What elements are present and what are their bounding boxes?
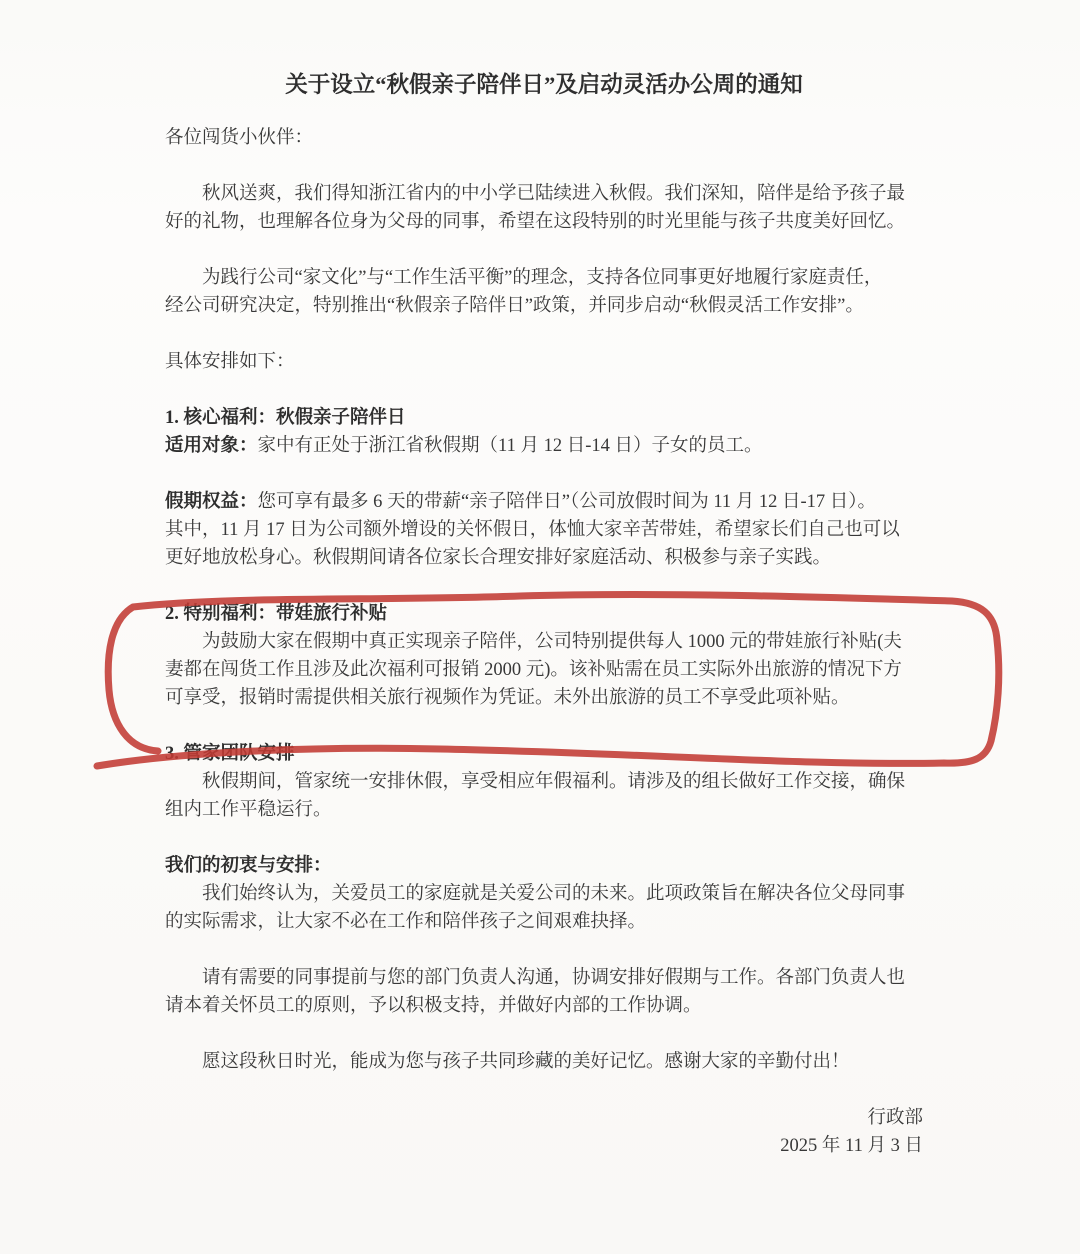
salutation-line: 各位闯货小伙伴： <box>165 124 923 152</box>
document-blocks: 秋风送爽，我们得知浙江省内的中小学已陆续进入秋假。我们深知，陪伴是给予孩子最好的… <box>165 180 923 1076</box>
doc-line: 假期权益：您可享有最多 6 天的带薪“亲子陪伴日”（公司放假时间为 11 月 1… <box>165 488 923 516</box>
doc-line: 适用对象：家中有正处于浙江省秋假期（11 月 12 日-14 日）子女的员工。 <box>165 432 923 460</box>
doc-line: 可享受，报销时需提供相关旅行视频作为凭证。未外出旅游的员工不享受此项补贴。 <box>165 684 923 712</box>
section-3-housekeeper-team: 3. 管家团队安排 秋假期间，管家统一安排休假，享受相应年假福利。请涉及的组长做… <box>165 740 923 824</box>
doc-line: 秋风送爽，我们得知浙江省内的中小学已陆续进入秋假。我们深知，陪伴是给予孩子最 <box>165 180 923 208</box>
doc-line: 为践行公司“家文化”与“工作生活平衡”的理念，支持各位同事更好地履行家庭责任， <box>165 264 923 292</box>
doc-line: 为鼓励大家在假期中真正实现亲子陪伴，公司特别提供每人 1000 元的带娃旅行补贴… <box>165 628 923 656</box>
doc-line: 组内工作平稳运行。 <box>165 796 923 824</box>
signature-block: 行政部 2025 年 11 月 3 日 <box>165 1104 923 1160</box>
doc-line: 妻都在闯货工作且涉及此次福利可报销 2000 元)。该补贴需在员工实际外出旅游的… <box>165 656 923 684</box>
holiday-rights-paragraph: 假期权益：您可享有最多 6 天的带薪“亲子陪伴日”（公司放假时间为 11 月 1… <box>165 488 923 572</box>
doc-line: 更好地放松身心。秋假期间请各位家长合理安排好家庭活动、积极参与亲子实践。 <box>165 544 923 572</box>
document-body: 关于设立“秋假亲子陪伴日”及启动灵活办公周的通知 各位闯货小伙伴： 秋风送爽，我… <box>165 70 923 1160</box>
closing-wish: 愿这段秋日时光，能成为您与孩子共同珍藏的美好记忆。感谢大家的辛勤付出！ <box>165 1048 923 1076</box>
doc-line: 秋假期间，管家统一安排休假，享受相应年假福利。请涉及的组长做好工作交接，确保 <box>165 768 923 796</box>
original-intent: 我们的初衷与安排： 我们始终认为，关爱员工的家庭就是关爱公司的未来。此项政策旨在… <box>165 852 923 936</box>
doc-line: 2. 特别福利：带娃旅行补贴 <box>165 600 923 628</box>
doc-line: 请本着关怀员工的原则，予以积极支持，并做好内部的工作协调。 <box>165 992 923 1020</box>
salutation: 各位闯货小伙伴： <box>165 124 923 152</box>
arrangements-lead-in: 具体安排如下： <box>165 348 923 376</box>
doc-line: 3. 管家团队安排 <box>165 740 923 768</box>
intro-paragraph-1: 秋风送爽，我们得知浙江省内的中小学已陆续进入秋假。我们深知，陪伴是给予孩子最好的… <box>165 180 923 236</box>
signature-department: 行政部 <box>165 1104 923 1132</box>
doc-line: 愿这段秋日时光，能成为您与孩子共同珍藏的美好记忆。感谢大家的辛勤付出！ <box>165 1048 923 1076</box>
intro-paragraph-2: 为践行公司“家文化”与“工作生活平衡”的理念，支持各位同事更好地履行家庭责任，经… <box>165 264 923 320</box>
document-title: 关于设立“秋假亲子陪伴日”及启动灵活办公周的通知 <box>165 70 923 100</box>
section-2-special-benefit: 2. 特别福利：带娃旅行补贴 为鼓励大家在假期中真正实现亲子陪伴，公司特别提供每… <box>165 600 923 712</box>
doc-line: 1. 核心福利：秋假亲子陪伴日 <box>165 404 923 432</box>
doc-line: 好的礼物，也理解各位身为父母的同事，希望在这段特别的时光里能与孩子共度美好回忆。 <box>165 208 923 236</box>
doc-line: 我们始终认为，关爱员工的家庭就是关爱公司的未来。此项政策旨在解决各位父母同事 <box>165 880 923 908</box>
signature-date: 2025 年 11 月 3 日 <box>165 1132 923 1160</box>
coordination-paragraph: 请有需要的同事提前与您的部门负责人沟通，协调安排好假期与工作。各部门负责人也请本… <box>165 964 923 1020</box>
section-1-core-benefit: 1. 核心福利：秋假亲子陪伴日适用对象：家中有正处于浙江省秋假期（11 月 12… <box>165 404 923 460</box>
doc-line: 其中，11 月 17 日为公司额外增设的关怀假日，体恤大家辛苦带娃，希望家长们自… <box>165 516 923 544</box>
doc-line: 我们的初衷与安排： <box>165 852 923 880</box>
doc-line: 经公司研究决定，特别推出“秋假亲子陪伴日”政策，并同步启动“秋假灵活工作安排”。 <box>165 292 923 320</box>
doc-line: 的实际需求，让大家不必在工作和陪伴孩子之间艰难抉择。 <box>165 908 923 936</box>
scanned-notice-page: 关于设立“秋假亲子陪伴日”及启动灵活办公周的通知 各位闯货小伙伴： 秋风送爽，我… <box>0 0 1080 1254</box>
doc-line: 请有需要的同事提前与您的部门负责人沟通，协调安排好假期与工作。各部门负责人也 <box>165 964 923 992</box>
doc-line: 具体安排如下： <box>165 348 923 376</box>
